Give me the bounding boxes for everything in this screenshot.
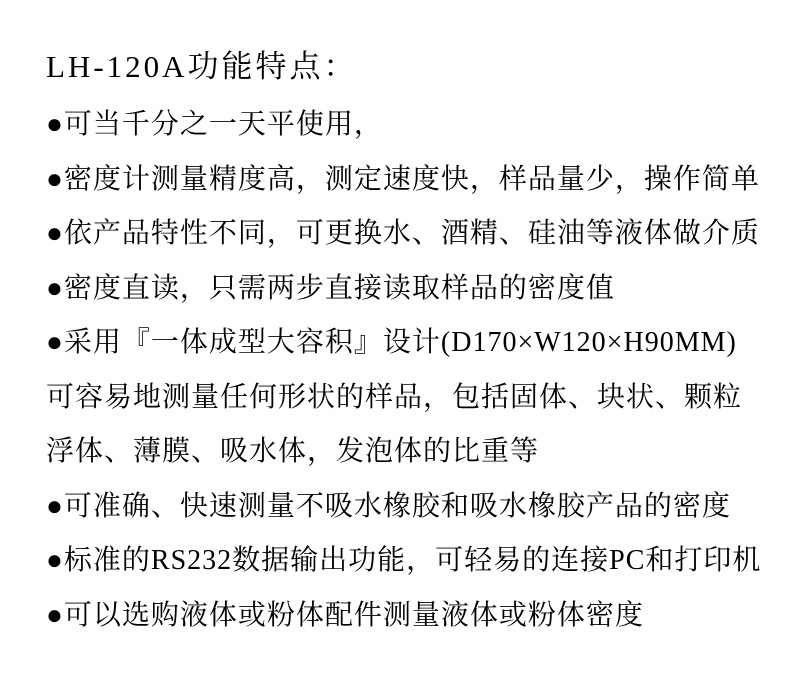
feature-line: ●采用『一体成型大容积』设计(D170×W120×H90MM): [46, 316, 773, 371]
feature-text: 密度计测量精度高，测定速度快，样品量少，操作简单: [64, 164, 760, 195]
feature-line: ●可以选购液体或粉体配件测量液体或粉体密度: [46, 589, 773, 644]
feature-line: ●密度直读，只需两步直接读取样品的密度值: [46, 262, 773, 317]
feature-text: 密度直读，只需两步直接读取样品的密度值: [64, 273, 615, 304]
feature-line-continuation: 浮体、薄膜、吸水体，发泡体的比重等: [46, 425, 773, 480]
feature-text: 采用『一体成型大容积』设计(D170×W120×H90MM): [64, 327, 737, 358]
bullet-icon: ●: [46, 109, 64, 140]
bullet-icon: ●: [46, 600, 64, 631]
feature-text: 可以选购液体或粉体配件测量液体或粉体密度: [64, 600, 644, 631]
feature-line: ●可当千分之一天平使用，: [46, 98, 773, 153]
document-page: LH-120A功能特点： ●可当千分之一天平使用， ●密度计测量精度高，测定速度…: [0, 0, 791, 696]
page-title: LH-120A功能特点：: [46, 36, 773, 98]
bullet-icon: ●: [46, 491, 64, 522]
feature-line: ●可准确、快速测量不吸水橡胶和吸水橡胶产品的密度: [46, 480, 773, 535]
feature-text: 可容易地测量任何形状的样品，包括固体、块状、颗粒: [46, 382, 742, 413]
feature-text: 依产品特性不同，可更换水、酒精、硅油等液体做介质: [64, 218, 760, 249]
bullet-icon: ●: [46, 327, 64, 358]
feature-line: ●依产品特性不同，可更换水、酒精、硅油等液体做介质: [46, 207, 773, 262]
feature-text: 标准的RS232数据输出功能，可轻易的连接PC和打印机: [64, 545, 762, 576]
bullet-icon: ●: [46, 273, 64, 304]
feature-text: 可准确、快速测量不吸水橡胶和吸水橡胶产品的密度: [64, 491, 731, 522]
feature-line-continuation: 可容易地测量任何形状的样品，包括固体、块状、颗粒: [46, 371, 773, 426]
feature-line: ●标准的RS232数据输出功能，可轻易的连接PC和打印机: [46, 534, 773, 589]
feature-text: 浮体、薄膜、吸水体，发泡体的比重等: [46, 436, 539, 467]
feature-text: 可当千分之一天平使用，: [64, 109, 383, 140]
feature-line: ●密度计测量精度高，测定速度快，样品量少，操作简单: [46, 153, 773, 208]
bullet-icon: ●: [46, 545, 64, 576]
bullet-icon: ●: [46, 164, 64, 195]
bullet-icon: ●: [46, 218, 64, 249]
